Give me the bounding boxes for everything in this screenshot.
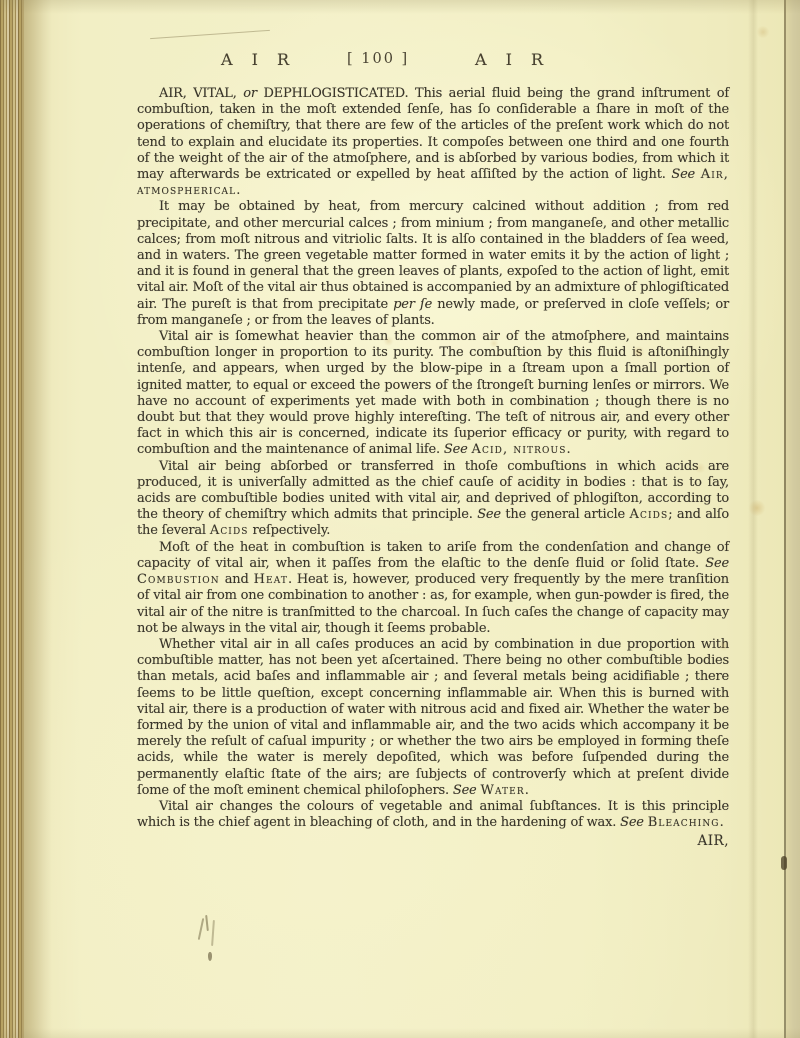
italic-text: See: [444, 442, 472, 457]
paragraph: It may be obtained by heat, from mercury…: [137, 199, 729, 329]
cross-reference: Acids: [630, 507, 669, 522]
body-text: AIR, VITAL,: [159, 86, 243, 101]
italic-text: See: [705, 556, 729, 571]
page-crease: [748, 0, 758, 1038]
italic-text: See: [477, 507, 501, 522]
body-text: Whether vital air in all caſes produces …: [137, 637, 729, 798]
bottom-shadow: [0, 1028, 800, 1038]
top-shadow: [0, 0, 800, 14]
page-number: [ 100 ]: [347, 51, 409, 67]
italic-text: See: [620, 815, 648, 830]
paragraph: Whether vital air in all caſes produces …: [137, 637, 729, 799]
body-text: reſpectively.: [249, 523, 331, 538]
page-edge-notch: [781, 856, 787, 870]
paragraph: Vital air is ſomewhat heavier than the c…: [137, 329, 729, 459]
paragraph: Vital air being abſorbed or transferred …: [137, 459, 729, 540]
cross-reference: Bleaching.: [648, 815, 725, 830]
cross-reference: Water: [480, 783, 524, 798]
body-text: Vital air is ſomewhat heavier than the c…: [137, 329, 729, 457]
catchword: AIR,: [137, 833, 729, 849]
italic-text: or: [243, 86, 257, 101]
article-text: AIR, VITAL, or DEPHLOGISTICATED. This ae…: [137, 86, 729, 849]
cross-reference: Acid, nitrous.: [472, 442, 572, 457]
italic-text: See: [671, 167, 700, 182]
body-text: and: [220, 572, 254, 587]
header-right-title: A I R: [475, 50, 550, 69]
header-left-title: A I R: [221, 50, 296, 69]
scanned-book-page: A I R [ 100 ] A I R AIR, VITAL, or DEPHL…: [0, 0, 800, 1038]
binding-shadow: [22, 0, 52, 1038]
body-text: Moſt of the heat in combuſtion is taken …: [137, 540, 729, 571]
paragraph: AIR, VITAL, or DEPHLOGISTICATED. This ae…: [137, 86, 729, 199]
book-binding-edge: [0, 0, 24, 1038]
italic-text: See: [453, 783, 481, 798]
body-text: .: [525, 783, 529, 798]
article-paragraphs: AIR, VITAL, or DEPHLOGISTICATED. This ae…: [137, 86, 729, 831]
cross-reference: Acids: [210, 523, 249, 538]
body-text: the general article: [501, 507, 630, 522]
cross-reference: Heat: [254, 572, 288, 587]
body-text: It may be obtained by heat, from mercury…: [137, 199, 729, 311]
cross-reference: Combustion: [137, 572, 220, 587]
paragraph: Moſt of the heat in combuſtion is taken …: [137, 540, 729, 637]
paragraph: Vital air changes the colours of vegetab…: [137, 799, 729, 831]
italic-text: per ſe: [393, 297, 432, 312]
page-edge-strip: [786, 0, 800, 1038]
running-header: A I R [ 100 ] A I R: [137, 50, 728, 76]
